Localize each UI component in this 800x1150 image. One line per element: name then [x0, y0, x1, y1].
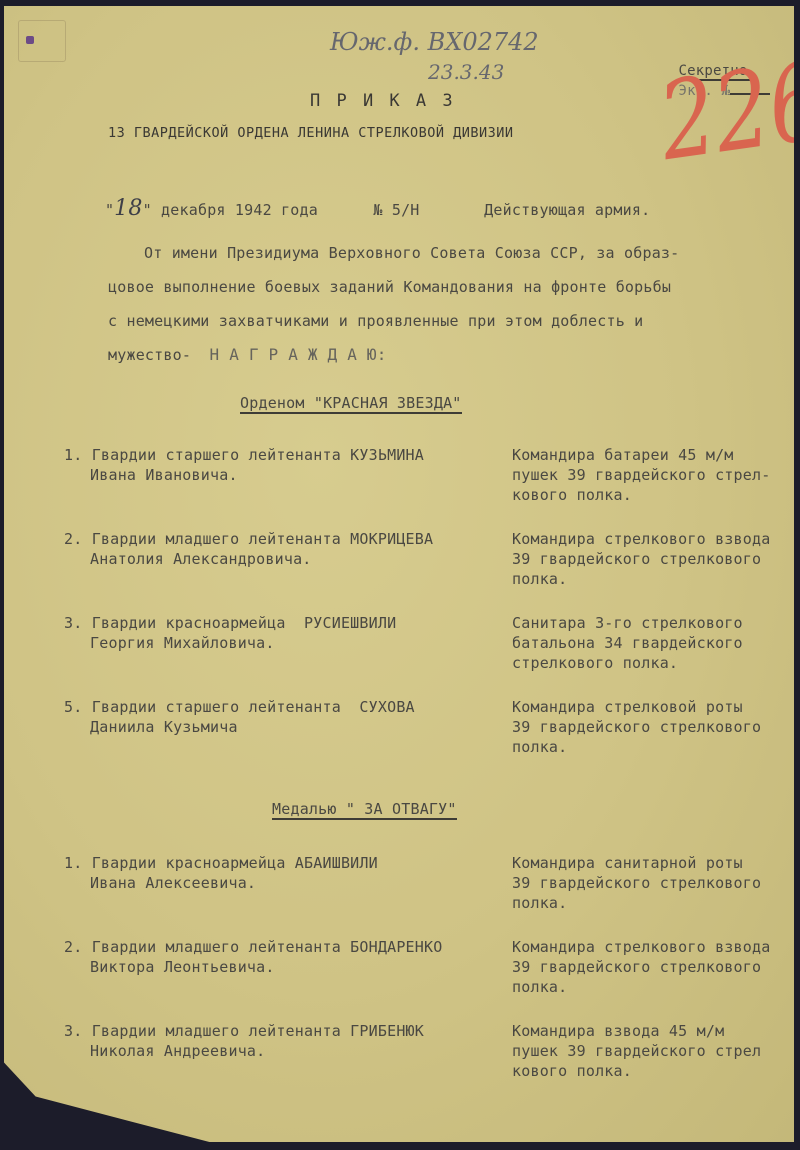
preamble-line-3: с немецкими захватчиками и проявленные п… [108, 310, 643, 332]
award-entry-position: пушек 39 гвардейского стрел- [512, 464, 770, 486]
award-entry-name: Ивана Ивановича. [90, 464, 238, 486]
award-entry-position: стрелкового полка. [512, 652, 678, 674]
handwritten-day: 18 [114, 196, 142, 221]
section-heading-for-courage: Медалью " ЗА ОТВАГУ" [272, 798, 457, 820]
award-entry-rank: 3. Гвардии младшего лейтенанта ГРИБЕНЮК [64, 1020, 424, 1042]
award-entry-position: пушек 39 гвардейского стрел [512, 1040, 761, 1062]
award-entry-position: 39 гвардейского стрелкового [512, 716, 761, 738]
award-entry-position: Санитара 3-го стрелкового [512, 612, 743, 634]
award-entry-position: Командира стрелковой роты [512, 696, 743, 718]
date-line: "18" декабря 1942 года № 5/Н Действующая… [68, 176, 650, 243]
award-entry-name: Николая Андреевича. [90, 1040, 265, 1062]
award-entry-position: полка. [512, 568, 567, 590]
issuer-line: 13 ГВАРДЕЙСКОЙ ОРДЕНА ЛЕНИНА СТРЕЛКОВОЙ … [108, 122, 514, 144]
award-entry-position: Командира батареи 45 м/м [512, 444, 734, 466]
award-entry-position: Командира стрелкового взвода [512, 528, 770, 550]
award-entry-position: батальона 34 гвардейского [512, 632, 743, 654]
award-entry-position: Командира стрелкового взвода [512, 936, 770, 958]
award-entry-position: полка. [512, 976, 567, 998]
award-entry-position: 39 гвардейского стрелкового [512, 872, 761, 894]
document-page: Юж.ф. ВХ02742 23.3.43 Секретно. Экз. № 2… [4, 6, 794, 1142]
award-entry-name: Анатолия Александровича. [90, 548, 312, 570]
award-entry-position: Командира взвода 45 м/м [512, 1020, 724, 1042]
award-entry-rank: 2. Гвардии младшего лейтенанта БОНДАРЕНК… [64, 936, 442, 958]
handwritten-date: 23.3.43 [428, 60, 504, 84]
ink-mark [26, 36, 34, 44]
award-entry-rank: 1. Гвардии старшего лейтенанта КУЗЬМИНА [64, 444, 424, 466]
award-entry-name: Виктора Леонтьевича. [90, 956, 275, 978]
award-entry-rank: 5. Гвардии старшего лейтенанта СУХОВА [64, 696, 415, 718]
award-entry-rank: 2. Гвардии младшего лейтенанта МОКРИЦЕВА [64, 528, 433, 550]
award-entry-position: полка. [512, 892, 567, 914]
preamble-line-1: От имени Президиума Верховного Совета Со… [144, 242, 679, 264]
award-entry-position: кового полка. [512, 484, 632, 506]
award-entry-position: 39 гвардейского стрелкового [512, 548, 761, 570]
preamble-line-2: цовое выполнение боевых заданий Командов… [108, 276, 671, 298]
red-page-number: 226 [652, 39, 800, 186]
award-entry-position: 39 гвардейского стрелкового [512, 956, 761, 978]
document-title: П Р И К А З [310, 90, 456, 112]
section-heading-red-star: Орденом "КРАСНАЯ ЗВЕЗДА" [240, 392, 462, 414]
handwritten-archive-ref: Юж.ф. ВХ02742 [330, 28, 539, 56]
award-entry-name: Ивана Алексеевича. [90, 872, 256, 894]
preamble-line-4: мужество- Н А Г Р А Ж Д А Ю: [108, 344, 387, 366]
award-entry-name: Георгия Михайловича. [90, 632, 275, 654]
award-entry-position: Командира санитарной роты [512, 852, 743, 874]
award-entry-position: кового полка. [512, 1060, 632, 1082]
award-entry-position: полка. [512, 736, 567, 758]
awards-word: Н А Г Р А Ж Д А Ю: [210, 345, 387, 364]
award-entry-name: Даниила Кузьмича [90, 716, 238, 738]
award-entry-rank: 3. Гвардии красноармейца РУСИЕШВИЛИ [64, 612, 396, 634]
award-entry-rank: 1. Гвардии красноармейца АБАИШВИЛИ [64, 852, 378, 874]
